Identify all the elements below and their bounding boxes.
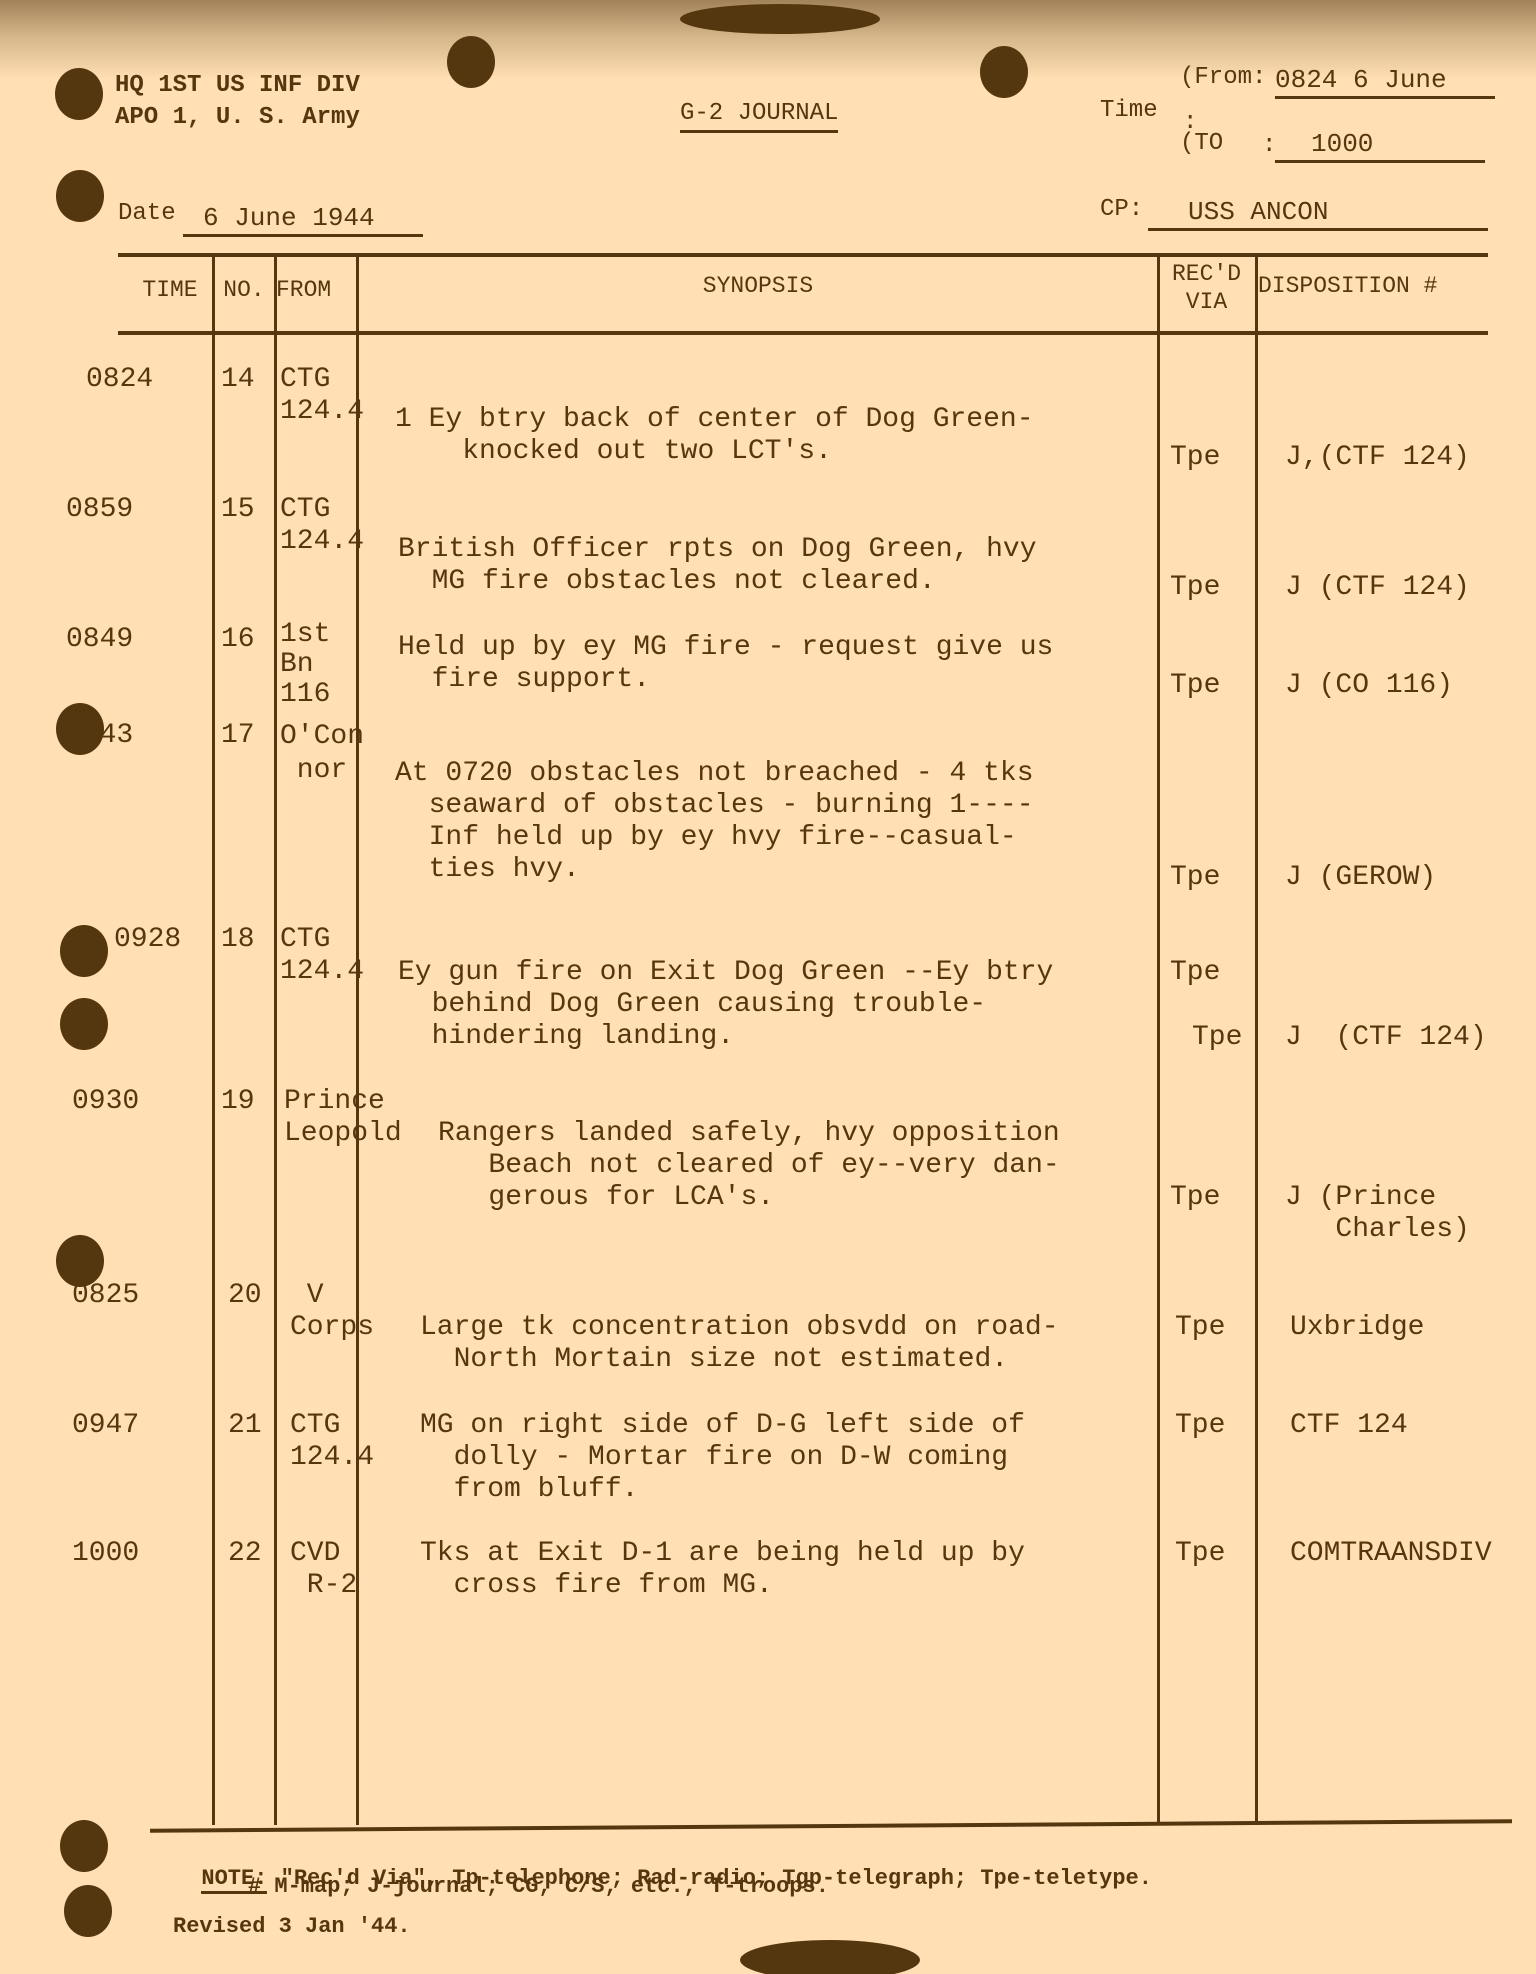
table-top-rule: [118, 253, 1488, 257]
org-name: HQ 1ST US INF DIV: [115, 70, 360, 102]
col-header-time: TIME: [128, 276, 212, 304]
date-label: Date: [118, 198, 176, 230]
entry-recd-via: Tpe: [1170, 670, 1220, 702]
revision-date: Revised 3 Jan '44.: [173, 1912, 411, 1942]
col-divider-time: [212, 255, 215, 1825]
entry-disposition: J (CTF 124): [1285, 572, 1470, 604]
entry-time: 0824: [86, 364, 153, 396]
cp-label: CP:: [1100, 194, 1143, 226]
entry-from: CTG 124.4: [280, 364, 364, 428]
entry-synopsis: 1 Ey btry back of center of Dog Green- k…: [395, 404, 1034, 468]
col-header-disposition: DISPOSITION #: [1258, 272, 1488, 300]
entry-disposition: J (CTF 124): [1285, 1022, 1487, 1054]
punch-hole: [980, 46, 1028, 98]
entry-from: CTG 124.4: [290, 1410, 374, 1474]
entry-from: 1st Bn 116: [280, 620, 330, 710]
header-bottom-rule: [118, 331, 1488, 335]
entry-from: Prince Leopold: [284, 1086, 402, 1150]
entry-disposition: Uxbridge: [1290, 1312, 1424, 1344]
entry-disposition: COMTRAANSDIV: [1290, 1538, 1492, 1570]
punch-hole: [60, 998, 108, 1050]
punch-hole: [56, 170, 104, 222]
col-header-no: NO.: [214, 276, 274, 304]
punch-hole: [60, 1820, 108, 1872]
footnote-line-2: # M-map; J-journal; CG, C/S, etc., T-tro…: [248, 1872, 829, 1902]
punch-hole: [60, 925, 108, 977]
entry-from: CVD R-2: [290, 1538, 357, 1602]
col-header-synopsis: SYNOPSIS: [358, 272, 1158, 300]
punch-hole: [55, 68, 103, 120]
entry-number: 17: [221, 720, 255, 752]
entry-disposition: J (CO 116): [1285, 670, 1453, 702]
entry-recd-via: Tpe: [1175, 1312, 1225, 1344]
entry-disposition: J (Prince Charles): [1285, 1182, 1470, 1246]
time-to-value: 1000: [1275, 128, 1485, 163]
table-bottom-rule: [150, 1819, 1512, 1833]
time-from-value: 0824 6 June: [1275, 64, 1495, 99]
entry-synopsis: MG on right side of D-G left side of dol…: [420, 1410, 1025, 1506]
entry-recd-via: Tpe: [1170, 572, 1220, 604]
entry-time: 0928: [114, 924, 181, 956]
entry-number: 16: [221, 624, 255, 656]
col-header-recd-via: REC'D VIA: [1158, 260, 1255, 316]
cp-value: USS ANCON: [1148, 196, 1488, 231]
col-divider-synopsis: [1157, 255, 1160, 1825]
journal-title: G-2 JOURNAL: [680, 98, 838, 133]
entry-time: 0849: [66, 624, 133, 656]
entry-time: 1000: [72, 1538, 139, 1570]
entry-recd-via: Tpe: [1170, 1182, 1220, 1214]
time-to-label: (TO: [1180, 128, 1223, 160]
entry-number: 18: [221, 924, 255, 956]
entry-number: 19: [221, 1086, 255, 1118]
punch-hole: [447, 36, 495, 88]
entry-time: 0843: [66, 720, 133, 752]
entry-from: V Corps: [290, 1280, 374, 1344]
entry-number: 15: [221, 494, 255, 526]
entry-disposition: J,(CTF 124): [1285, 442, 1470, 474]
entry-recd-via: Tpe: [1175, 1410, 1225, 1442]
col-header-from: FROM: [276, 276, 356, 304]
entry-synopsis: Held up by ey MG fire - request give us …: [398, 632, 1053, 696]
entry-disposition: CTF 124: [1290, 1410, 1408, 1442]
entry-synopsis: Rangers landed safely, hvy opposition Be…: [438, 1118, 1060, 1214]
punch-hole: [64, 1885, 112, 1937]
col-divider-no: [274, 255, 277, 1825]
entry-disposition: J (GEROW): [1285, 862, 1436, 894]
org-address: APO 1, U. S. Army: [115, 102, 360, 134]
time-label: Time: [1100, 95, 1158, 127]
entry-number: 20: [228, 1280, 262, 1312]
date-value: 6 June 1944: [183, 202, 423, 237]
entry-synopsis: Ey gun fire on Exit Dog Green --Ey btry …: [398, 957, 1053, 1053]
entry-from: CTG 124.4: [280, 924, 364, 988]
entry-synopsis: British Officer rpts on Dog Green, hvy M…: [398, 534, 1037, 598]
entry-number: 14: [221, 364, 255, 396]
time-from-label: (From:: [1180, 62, 1266, 94]
top-ink-smudge: [680, 4, 880, 34]
entry-synopsis: Tks at Exit D-1 are being held up by cro…: [420, 1538, 1025, 1602]
entry-time: 0825: [72, 1280, 139, 1312]
entry-recd-via: Tpe: [1170, 442, 1220, 474]
entry-from: CTG 124.4: [280, 494, 364, 558]
entry-recd-via-second: Tpe: [1192, 1022, 1242, 1054]
col-divider-via: [1255, 255, 1258, 1825]
entry-recd-via: Tpe: [1170, 862, 1220, 894]
entry-number: 21: [228, 1410, 262, 1442]
entry-synopsis: Large tk concentration obsvdd on road- N…: [420, 1312, 1059, 1376]
entry-time: 0947: [72, 1410, 139, 1442]
entry-synopsis: At 0720 obstacles not breached - 4 tks s…: [395, 758, 1034, 886]
bottom-ink-smudge: [740, 1940, 920, 1974]
entry-time: 0930: [72, 1086, 139, 1118]
entry-recd-via: Tpe: [1170, 957, 1220, 989]
entry-recd-via: Tpe: [1175, 1538, 1225, 1570]
entry-from: O'Con nor: [280, 720, 364, 788]
entry-time: 0859: [66, 494, 133, 526]
entry-number: 22: [228, 1538, 262, 1570]
